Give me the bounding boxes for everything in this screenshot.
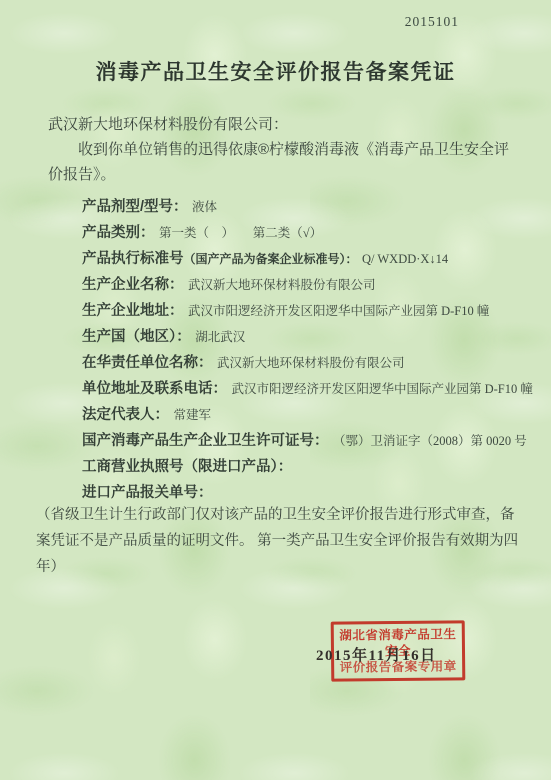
field-row-manufacturer-name: 生产企业名称： 武汉新大地环保材料股份有限公司 [82, 272, 513, 298]
field-label: 单位地址及联系电话： [82, 381, 227, 397]
field-row-responsible-unit: 在华责任单位名称： 武汉新大地环保材料股份有限公司 [82, 350, 513, 376]
field-value: Q/ WXDD·X↓14 [362, 252, 448, 266]
field-row-hygiene-license: 国产消毒产品生产企业卫生许可证号： （鄂）卫消证字（2008）第 0020 号 [82, 428, 513, 454]
field-value: （鄂）卫消证字（2008）第 0020 号 [333, 434, 527, 448]
field-label: 生产国（地区）： [82, 329, 191, 345]
field-label: 国产消毒产品生产企业卫生许可证号： [82, 433, 329, 449]
field-value: 武汉新大地环保材料股份有限公司 [217, 356, 405, 370]
field-row-standard-number: 产品执行标准号（国产产品为备案企业标准号）： Q/ WXDD·X↓14 [82, 246, 513, 272]
field-row-category: 产品类别： 第一类（ ） 第二类（√） [82, 220, 513, 246]
field-label: 产品类别： [82, 225, 155, 241]
field-row-unit-address-phone: 单位地址及联系电话： 武汉市阳逻经济开发区阳逻华中国际产业园第 D-F10 幢 [82, 376, 513, 402]
field-row-dosage-form: 产品剂型/型号： 液体 [82, 194, 513, 220]
field-value: 液体 [192, 200, 217, 214]
field-label: 法定代表人： [82, 407, 169, 423]
field-label: 工商营业执照号（限进口产品）： [82, 459, 292, 475]
field-label: 产品剂型/型号： [82, 199, 188, 215]
field-value: 武汉新大地环保材料股份有限公司 [188, 278, 376, 292]
field-value: 第一类（ ） 第二类（√） [159, 226, 322, 240]
note-paragraph: （省级卫生计生行政部门仅对该产品的卫生安全评价报告进行形式审查，备案凭证不是产品… [36, 502, 523, 580]
field-label: 生产企业地址： [82, 303, 184, 319]
field-sublabel: （国产产品为备案企业标准号）： [184, 252, 358, 266]
recipient-line: 武汉新大地环保材料股份有限公司： [48, 112, 513, 137]
field-row-country-region: 生产国（地区）： 湖北武汉 [82, 324, 513, 350]
field-label: 生产企业名称： [82, 277, 184, 293]
field-row-manufacturer-address: 生产企业地址： 武汉市阳逻经济开发区阳逻华中国际产业园第 D-F10 幢 [82, 298, 513, 324]
field-label: 进口产品报关单号： [82, 485, 213, 501]
field-value: 武汉市阳逻经济开发区阳逻华中国际产业园第 D-F10 幢 [188, 304, 489, 318]
certificate-page: 2015101 消毒产品卫生安全评价报告备案凭证 武汉新大地环保材料股份有限公司… [0, 0, 551, 780]
field-row-legal-representative: 法定代表人： 常建军 [82, 402, 513, 428]
field-value: 武汉市阳逻经济开发区阳逻华中国际产业园第 D-F10 幢 [231, 382, 532, 396]
field-list: 产品剂型/型号： 液体 产品类别： 第一类（ ） 第二类（√） 产品执行标准号（… [82, 194, 513, 506]
field-label: 产品执行标准号 [82, 251, 184, 267]
field-label: 在华责任单位名称： [82, 355, 213, 371]
filing-date: 2015年11月16日 [316, 644, 437, 665]
field-value: 湖北武汉 [195, 330, 245, 344]
certificate-body: 武汉新大地环保材料股份有限公司： 收到你单位销售的迅得依康®柠檬酸消毒液《消毒产… [48, 112, 513, 506]
field-value: 常建军 [173, 408, 211, 422]
intro-paragraph: 收到你单位销售的迅得依康®柠檬酸消毒液《消毒产品卫生安全评价报告》。 [48, 137, 513, 187]
doc-number: 2015101 [405, 14, 459, 30]
page-title: 消毒产品卫生安全评价报告备案凭证 [0, 56, 551, 86]
field-row-business-license: 工商营业执照号（限进口产品）： [82, 454, 513, 480]
